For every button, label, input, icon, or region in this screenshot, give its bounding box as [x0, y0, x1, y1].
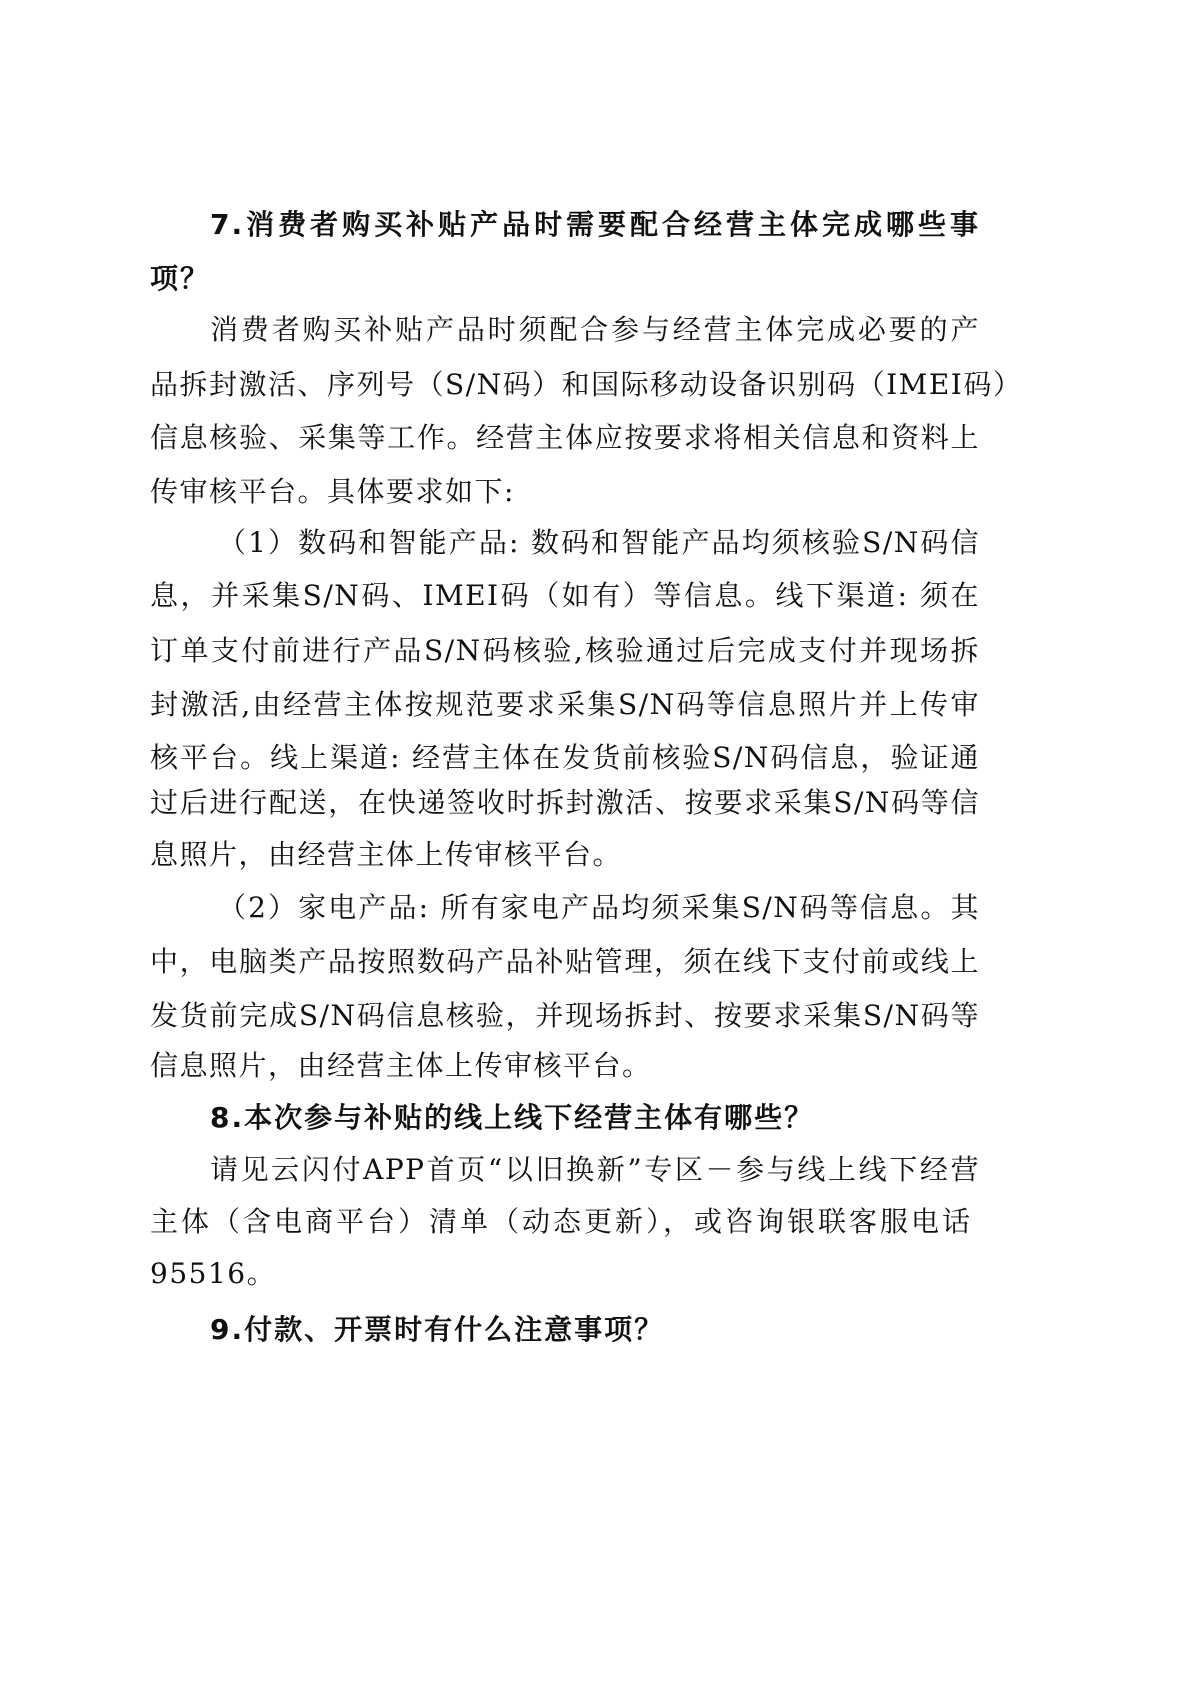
q8-answer-line-2: 主体（含电商平台）清单（动态更新），或咨询银联客服电话 [150, 1202, 980, 1242]
q7-appliance-line-4: 信息照片，由经营主体上传审核平台。 [150, 1046, 980, 1086]
q7-digital-line-2: 息，并采集S/N码、IMEI码（如有）等信息。线下渠道: 须在 [150, 576, 980, 616]
question-9-heading: 9.付款、开票时有什么注意事项？ [210, 1310, 980, 1350]
q8-answer-line-1: 请见云闪付APP首页“以旧换新”专区－参与线上线下经营 [210, 1150, 980, 1190]
q7-digital-line-6: 过后进行配送，在快递签收时拆封激活、按要求采集S/N码等信 [150, 783, 980, 823]
q7-intro-line-2: 品拆封激活、序列号（S/N码）和国际移动设备识别码（IMEI码） [150, 365, 980, 405]
q7-digital-line-7: 息照片，由经营主体上传审核平台。 [150, 835, 980, 875]
q7-intro-line-4: 传审核平台。具体要求如下: [150, 472, 980, 512]
question-8-heading: 8.本次参与补贴的线上线下经营主体有哪些？ [210, 1098, 980, 1138]
question-7-heading-line-1: 7.消费者购买补贴产品时需要配合经营主体完成哪些事 [210, 205, 980, 245]
q7-digital-line-4: 封激活,由经营主体按规范要求采集S/N码等信息照片并上传审 [150, 685, 980, 725]
q8-answer-line-3: 95516。 [150, 1254, 980, 1294]
q7-digital-line-5: 核平台。线上渠道: 经营主体在发货前核验S/N码信息，验证通 [150, 738, 980, 778]
q7-intro-line-1: 消费者购买补贴产品时须配合参与经营主体完成必要的产 [210, 310, 980, 350]
q7-appliance-line-2: 中，电脑类产品按照数码产品补贴管理，须在线下支付前或线上 [150, 942, 980, 982]
q7-digital-line-1: （1）数码和智能产品: 数码和智能产品均须核验S/N码信 [218, 523, 980, 563]
q7-appliance-line-1: （2）家电产品: 所有家电产品均须采集S/N码等信息。其 [218, 888, 980, 928]
question-7-heading-line-2: 项？ [150, 259, 980, 299]
q7-digital-line-3: 订单支付前进行产品S/N码核验,核验通过后完成支付并现场拆 [150, 631, 980, 671]
q7-appliance-line-3: 发货前完成S/N码信息核验，并现场拆封、按要求采集S/N码等 [150, 996, 980, 1036]
document-page: 7.消费者购买补贴产品时需要配合经营主体完成哪些事 项？ 消费者购买补贴产品时须… [0, 0, 1190, 1683]
q7-intro-line-3: 信息核验、采集等工作。经营主体应按要求将相关信息和资料上 [150, 418, 980, 458]
